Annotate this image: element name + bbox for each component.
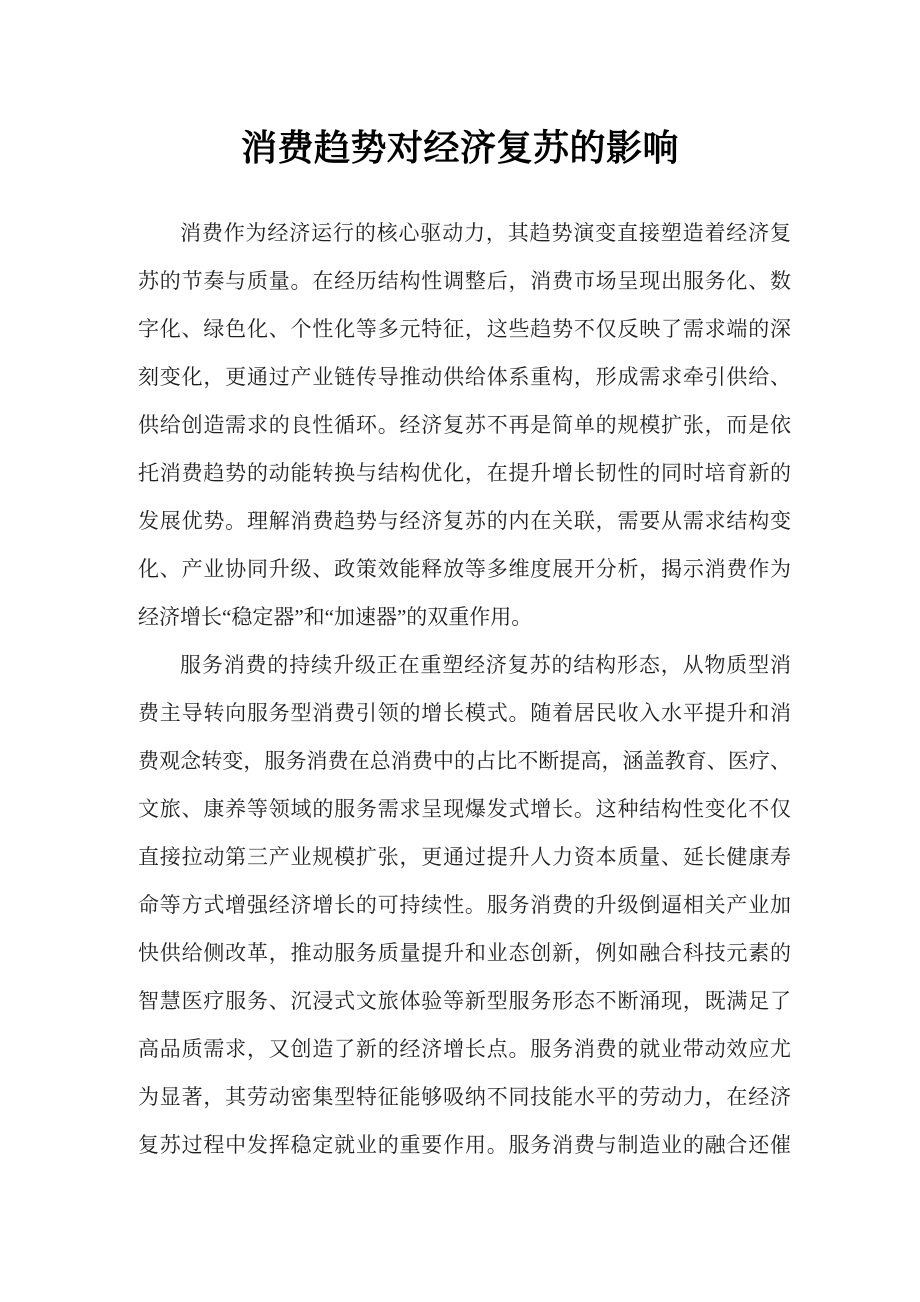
- document-title: 消费趋势对经济复苏的影响: [0, 0, 920, 170]
- text-line: 费观念转变，服务消费在总消费中的占比不断提高，涵盖教育、医疗、: [138, 737, 791, 785]
- text-line: 字化、绿色化、个性化等多元特征，这些趋势不仅反映了需求端的深: [138, 305, 791, 353]
- text-line: 发展优势。理解消费趋势与经济复苏的内在关联，需要从需求结构变: [138, 497, 791, 545]
- document-page: 消费趋势对经济复苏的影响 消费作为经济运行的核心驱动力，其趋势演变直接塑造着经济…: [0, 0, 920, 1302]
- text-line: 服务消费的持续升级正在重塑经济复苏的结构形态，从物质型消: [138, 641, 791, 689]
- text-line: 智慧医疗服务、沉浸式文旅体验等新型服务形态不断涌现，既满足了: [138, 977, 791, 1025]
- text-line: 命等方式增强经济增长的可持续性。服务消费的升级倒逼相关产业加: [138, 881, 791, 929]
- text-line: 复苏过程中发挥稳定就业的重要作用。服务消费与制造业的融合还催: [138, 1121, 791, 1169]
- text-line: 供给创造需求的良性循环。经济复苏不再是简单的规模扩张，而是依: [138, 401, 791, 449]
- text-line: 快供给侧改革，推动服务质量提升和业态创新，例如融合科技元素的: [138, 929, 791, 977]
- document-body: 消费作为经济运行的核心驱动力，其趋势演变直接塑造着经济复 苏的节奏与质量。在经历…: [138, 209, 791, 1169]
- text-line: 文旅、康养等领域的服务需求呈现爆发式增长。这种结构性变化不仅: [138, 785, 791, 833]
- text-line: 直接拉动第三产业规模扩张，更通过提升人力资本质量、延长健康寿: [138, 833, 791, 881]
- text-line: 消费作为经济运行的核心驱动力，其趋势演变直接塑造着经济复: [138, 209, 791, 257]
- text-line: 化、产业协同升级、政策效能释放等多维度展开分析，揭示消费作为: [138, 545, 791, 593]
- text-line: 费主导转向服务型消费引领的增长模式。随着居民收入水平提升和消: [138, 689, 791, 737]
- text-line: 为显著，其劳动密集型特征能够吸纳不同技能水平的劳动力，在经济: [138, 1073, 791, 1121]
- paragraph-2: 服务消费的持续升级正在重塑经济复苏的结构形态，从物质型消 费主导转向服务型消费引…: [138, 641, 791, 1169]
- text-line: 托消费趋势的动能转换与结构优化，在提升增长韧性的同时培育新的: [138, 449, 791, 497]
- text-line: 刻变化，更通过产业链传导推动供给体系重构，形成需求牵引供给、: [138, 353, 791, 401]
- text-line: 苏的节奏与质量。在经历结构性调整后，消费市场呈现出服务化、数: [138, 257, 791, 305]
- paragraph-1: 消费作为经济运行的核心驱动力，其趋势演变直接塑造着经济复 苏的节奏与质量。在经历…: [138, 209, 791, 641]
- text-line: 经济增长“稳定器”和“加速器”的双重作用。: [138, 593, 791, 641]
- text-line: 高品质需求，又创造了新的经济增长点。服务消费的就业带动效应尤: [138, 1025, 791, 1073]
